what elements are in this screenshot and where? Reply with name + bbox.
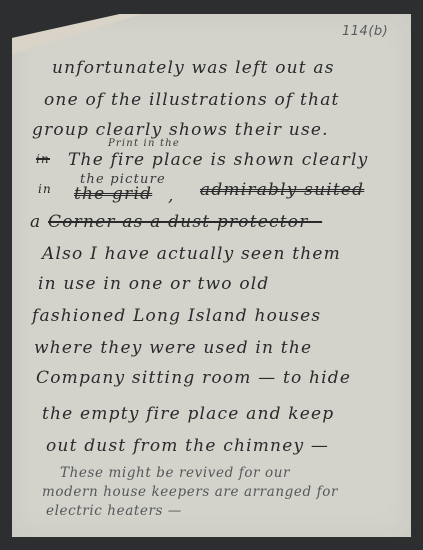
- struck-admirably-suited: admirably suited: [200, 180, 364, 200]
- text-line-12: the empty fire place and keep: [42, 404, 334, 424]
- text-line-4: The fire place is shown clearly: [68, 150, 368, 170]
- comma: ,: [168, 186, 175, 206]
- struck-corner-dust-protector: Corner as a dust protector -: [48, 212, 322, 232]
- text-line-16: electric heaters —: [46, 503, 182, 519]
- text-line-7: Also I have actually seen them: [42, 244, 341, 264]
- text-line-2: one of the illustrations of that: [44, 90, 340, 110]
- struck-the-grid: the grid: [74, 184, 152, 204]
- text-line-15: modern house keepers are arranged for: [42, 484, 338, 500]
- prefix-in: in: [38, 182, 52, 196]
- text-line-6-a: a: [30, 212, 41, 232]
- text-line-13: out dust from the chimney —: [46, 436, 329, 456]
- text-line-14: These might be revived for our: [60, 465, 290, 481]
- insertion-print-in-the: Print in the: [108, 138, 180, 149]
- page-number: 114(b): [342, 24, 388, 39]
- text-line-11: Company sitting room — to hide: [36, 368, 351, 388]
- text-line-3: group clearly shows their use.: [32, 120, 329, 140]
- struck-prefix: in: [36, 152, 50, 166]
- text-line-9: fashioned Long Island houses: [32, 306, 321, 326]
- text-line-1: unfortunately was left out as: [52, 58, 335, 78]
- text-line-8: in use in one or two old: [38, 274, 270, 294]
- text-line-10: where they were used in the: [34, 338, 312, 358]
